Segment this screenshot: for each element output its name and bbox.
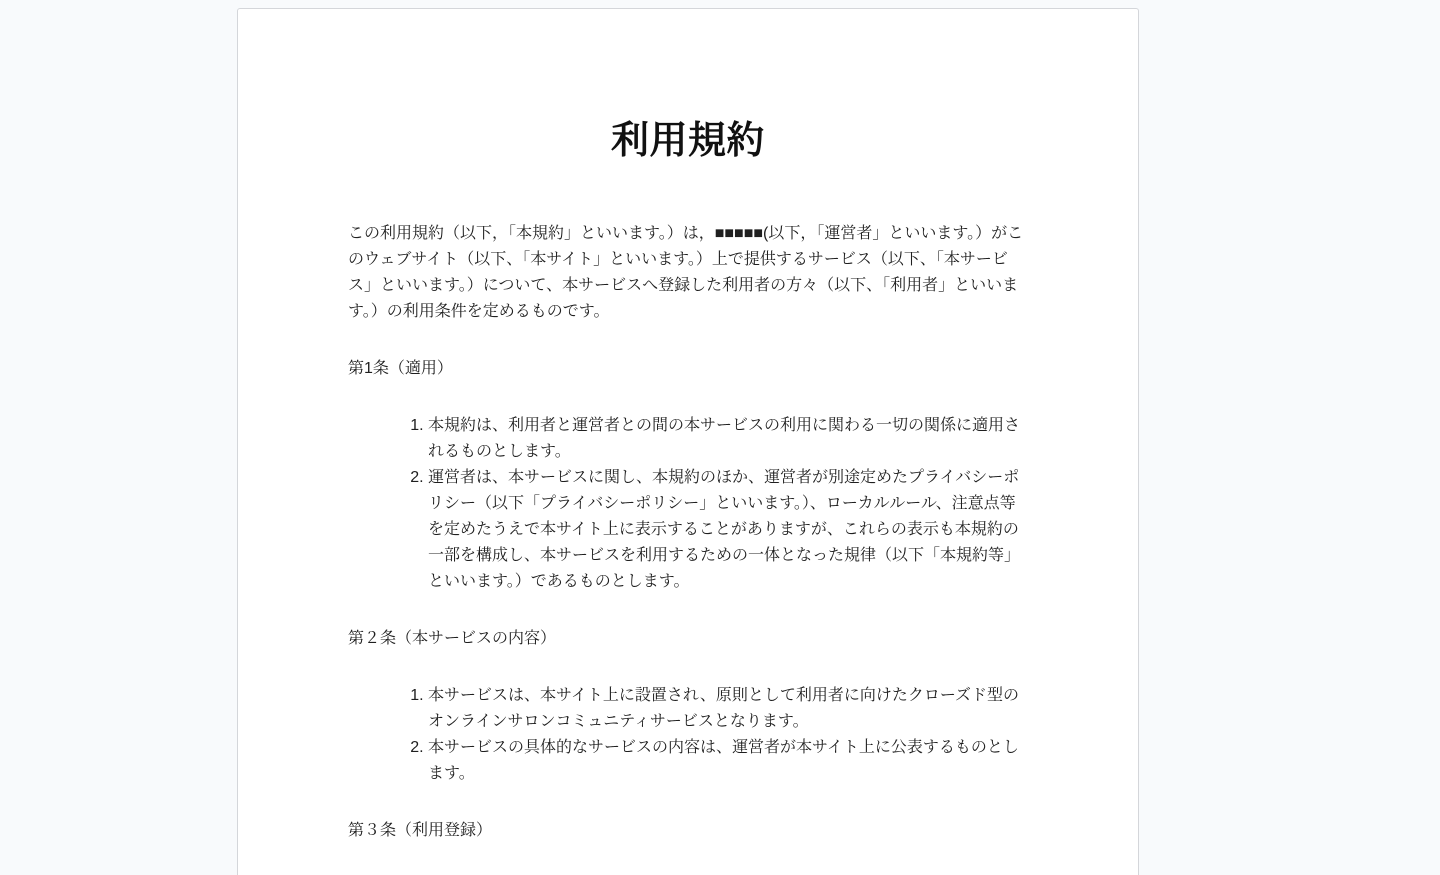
page-title: 利用規約 (348, 119, 1028, 165)
article-1-heading: 第1条（適用） (348, 356, 1028, 382)
intro-paragraph: この利用規約（以下，「本規約」といいます。）は，■■■■■(以下，「運営者」とい… (348, 221, 1028, 325)
list-item: 本規約は、利用者と運営者との間の本サービスの利用に関わる一切の関係に適用されるも… (428, 413, 1028, 465)
article-2-list: 本サービスは、本サイト上に設置され、原則として利用者に向けたクローズド型のオンラ… (348, 683, 1028, 787)
article-1-list: 本規約は、利用者と運営者との間の本サービスの利用に関わる一切の関係に適用されるも… (348, 413, 1028, 595)
list-item: 本サービスの具体的なサービスの内容は、運営者が本サイト上に公表するものとします。 (428, 735, 1028, 787)
list-item: 本サービスは、本サイト上に設置され、原則として利用者に向けたクローズド型のオンラ… (428, 683, 1028, 735)
article-3-heading: 第３条（利用登録） (348, 818, 1028, 844)
terms-page: { "page": { "background_color": "#f8fafc… (0, 0, 1440, 875)
terms-document-card: 利用規約 この利用規約（以下，「本規約」といいます。）は，■■■■■(以下，「運… (237, 8, 1139, 875)
list-item: 運営者は、本サービスに関し、本規約のほか、運営者が別途定めたプライバシーポリシー… (428, 465, 1028, 595)
article-2-heading: 第２条（本サービスの内容） (348, 626, 1028, 652)
